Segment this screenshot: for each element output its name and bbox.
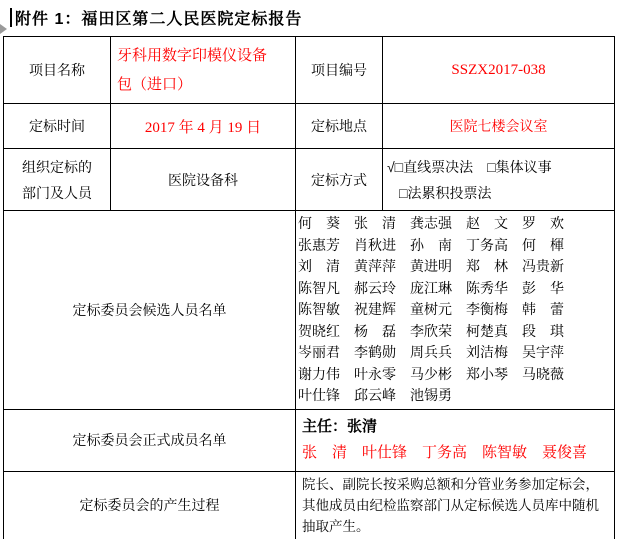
members-chief: 主任：张清 (302, 414, 608, 440)
project-name-value: 牙科用数字印模仪设备 包（进口） (111, 37, 296, 104)
table-row-project: 项目名称 牙科用数字印模仪设备 包（进口） 项目编号 SSZX2017-038 (4, 37, 615, 104)
project-no-value: SSZX2017-038 (383, 37, 615, 104)
candidate-line: 叶仕锋 邱云峰 池锡勇 (298, 385, 608, 407)
table-row-members: 定标委员会正式成员名单 主任：张清 张 清 叶仕锋 丁务高 陈智敏 聂俊喜 (4, 409, 615, 471)
bid-place-label: 定标地点 (296, 104, 383, 149)
members-list: 张 清 叶仕锋 丁务高 陈智敏 聂俊喜 (302, 440, 608, 466)
bid-place-value: 医院七楼会议室 (383, 104, 615, 149)
members-label: 定标委员会正式成员名单 (4, 409, 296, 471)
table-row-process: 定标委员会的产生过程 院长、副院长按采购总额和分管业务参加定标会，其他成员由纪检… (4, 471, 615, 539)
candidate-line: 谢力伟 叶永零 马少彬 郑小琴 马晓薇 (298, 364, 608, 386)
table-row-org-method: 组织定标的 部门及人员 医院设备科 定标方式 √□直线票决法 □集体议事 □法累… (4, 149, 615, 211)
method-option-line-1: √□直线票决法 □集体议事 (387, 154, 608, 180)
method-option-line-2: □法累积投票法 (387, 180, 608, 206)
table-row-candidates: 定标委员会候选人员名单 何 葵 张 清 龚志强 赵 文 罗 欢 张惠芳 肖秋进 … (4, 211, 615, 410)
members-cell: 主任：张清 张 清 叶仕锋 丁务高 陈智敏 聂俊喜 (296, 409, 615, 471)
document-page: 附件 1：福田区第二人民医院定标报告 项目名称 牙科用数字印模仪设备 包（进口）… (0, 0, 617, 539)
bid-method-label: 定标方式 (296, 149, 383, 211)
candidate-line: 刘 清 黄萍萍 黄进明 郑 林 冯贵新 (298, 256, 608, 278)
margin-marker-icon (0, 24, 7, 34)
candidate-line: 岑丽君 李鹤勋 周兵兵 刘洁梅 吴宇萍 (298, 342, 608, 364)
project-name-label: 项目名称 (4, 37, 111, 104)
text-cursor (10, 8, 12, 27)
title-row: 附件 1：福田区第二人民医院定标报告 (0, 6, 617, 34)
table-row-time-place: 定标时间 2017 年 4 月 19 日 定标地点 医院七楼会议室 (4, 104, 615, 149)
candidate-line: 何 葵 张 清 龚志强 赵 文 罗 欢 (298, 213, 608, 235)
candidates-list: 何 葵 张 清 龚志强 赵 文 罗 欢 张惠芳 肖秋进 孙 南 丁务高 何 楎 … (296, 211, 615, 410)
project-no-label: 项目编号 (296, 37, 383, 104)
candidate-line: 贺晓红 杨 磊 李欣荣 柯楚真 段 琪 (298, 321, 608, 343)
org-dept-label: 组织定标的 部门及人员 (4, 149, 111, 211)
org-dept-value: 医院设备科 (111, 149, 296, 211)
candidate-line: 陈智凡 郝云玲 庞江琳 陈秀华 彭 华 (298, 278, 608, 300)
process-label: 定标委员会的产生过程 (4, 471, 296, 539)
process-text: 院长、副院长按采购总额和分管业务参加定标会，其他成员由纪检监察部门从定标候选人员… (296, 471, 615, 539)
candidate-line: 陈智敏 祝建辉 童树元 李衡梅 韩 蕾 (298, 299, 608, 321)
candidates-label: 定标委员会候选人员名单 (4, 211, 296, 410)
bid-time-label: 定标时间 (4, 104, 111, 149)
document-title: 附件 1：福田区第二人民医院定标报告 (15, 6, 302, 29)
bid-time-value: 2017 年 4 月 19 日 (111, 104, 296, 149)
bid-method-options: √□直线票决法 □集体议事 □法累积投票法 (383, 149, 615, 211)
bid-report-table: 项目名称 牙科用数字印模仪设备 包（进口） 项目编号 SSZX2017-038 … (3, 36, 615, 539)
candidate-line: 张惠芳 肖秋进 孙 南 丁务高 何 楎 (298, 235, 608, 257)
